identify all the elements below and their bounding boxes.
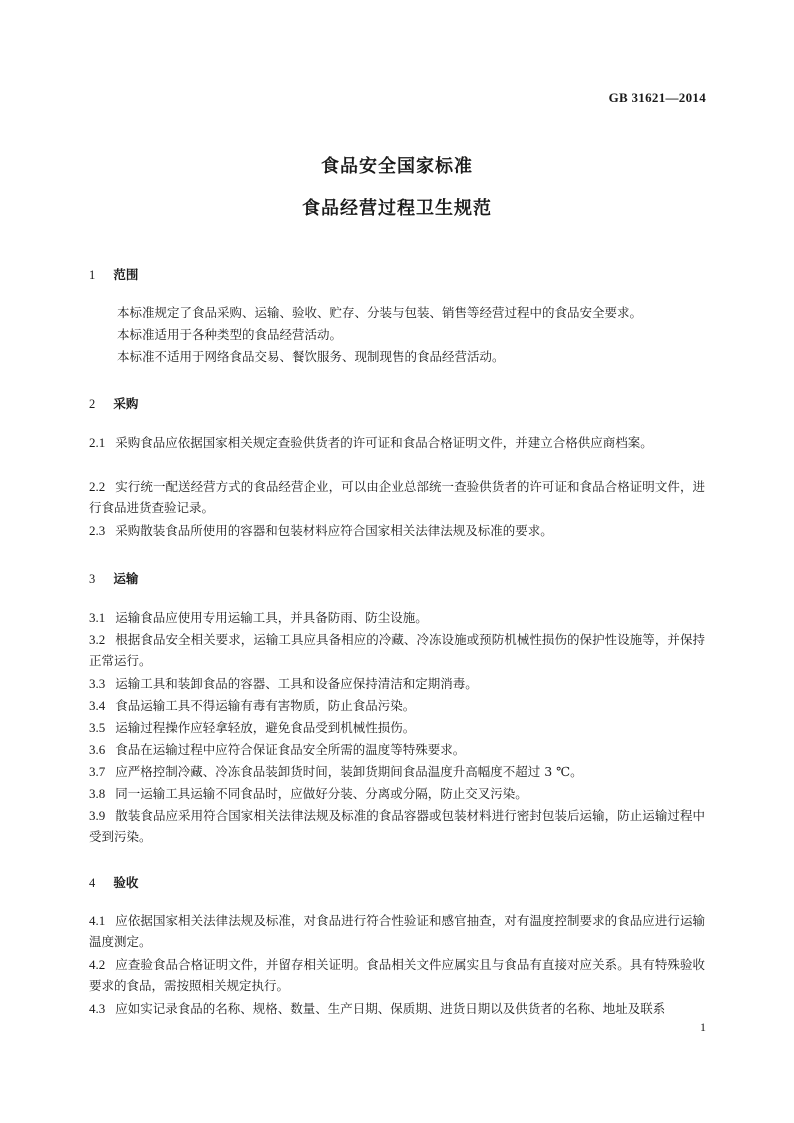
clause: 3.7应严格控制冷藏、冷冻食品装卸货时间，装卸货期间食品温度升高幅度不超过 3 …: [89, 761, 705, 782]
clause: 2.3采购散装食品所使用的容器和包装材料应符合国家相关法律法规及标准的要求。: [89, 520, 705, 541]
clause: 3.2根据食品安全相关要求，运输工具应具备相应的冷藏、冷冻设施或预防机械性损伤的…: [89, 629, 705, 671]
paragraph: 本标准不适用于网络食品交易、餐饮服务、现制现售的食品经营活动。: [117, 346, 705, 367]
clause: 3.6食品在运输过程中应符合保证食品安全所需的温度等特殊要求。: [89, 739, 705, 760]
clause: 3.3运输工具和装卸食品的容器、工具和设备应保持清洁和定期消毒。: [89, 673, 705, 694]
paragraph: 本标准适用于各种类型的食品经营活动。: [117, 324, 705, 345]
document-title-sub: 食品经营过程卫生规范: [0, 194, 794, 220]
clause: 2.2实行统一配送经营方式的食品经营企业，可以由企业总部统一查验供货者的许可证和…: [89, 476, 705, 518]
document-title-main: 食品安全国家标准: [0, 152, 794, 178]
clause: 4.1应依据国家相关法律法规及标准，对食品进行符合性验证和感官抽查，对有温度控制…: [89, 910, 705, 952]
section-heading-2: 2 采购: [89, 394, 138, 412]
clause: 3.9散装食品应采用符合国家相关法律法规及标准的食品容器或包装材料进行密封包装后…: [89, 805, 705, 847]
clause: 3.4食品运输工具不得运输有毒有害物质，防止食品污染。: [89, 695, 705, 716]
clause: 2.1采购食品应依据国家相关规定查验供货者的许可证和食品合格证明文件，并建立合格…: [89, 432, 705, 453]
section-heading-3: 3 运输: [89, 569, 138, 587]
standard-code: GB 31621—2014: [609, 90, 706, 106]
section-heading-4: 4 验收: [89, 873, 138, 891]
clause: 3.1运输食品应使用专用运输工具，并具备防雨、防尘设施。: [89, 607, 705, 628]
clause: 4.3应如实记录食品的名称、规格、数量、生产日期、保质期、进货日期以及供货者的名…: [89, 998, 705, 1019]
page-number: 1: [700, 1020, 706, 1035]
paragraph: 本标准规定了食品采购、运输、验收、贮存、分装与包装、销售等经营过程中的食品安全要…: [117, 302, 705, 323]
section-heading-1: 1 范围: [89, 265, 138, 283]
clause: 3.8同一运输工具运输不同食品时，应做好分装、分离或分隔，防止交叉污染。: [89, 783, 705, 804]
clause: 3.5运输过程操作应轻拿轻放，避免食品受到机械性损伤。: [89, 717, 705, 738]
clause: 4.2应查验食品合格证明文件，并留存相关证明。食品相关文件应属实且与食品有直接对…: [89, 954, 705, 996]
